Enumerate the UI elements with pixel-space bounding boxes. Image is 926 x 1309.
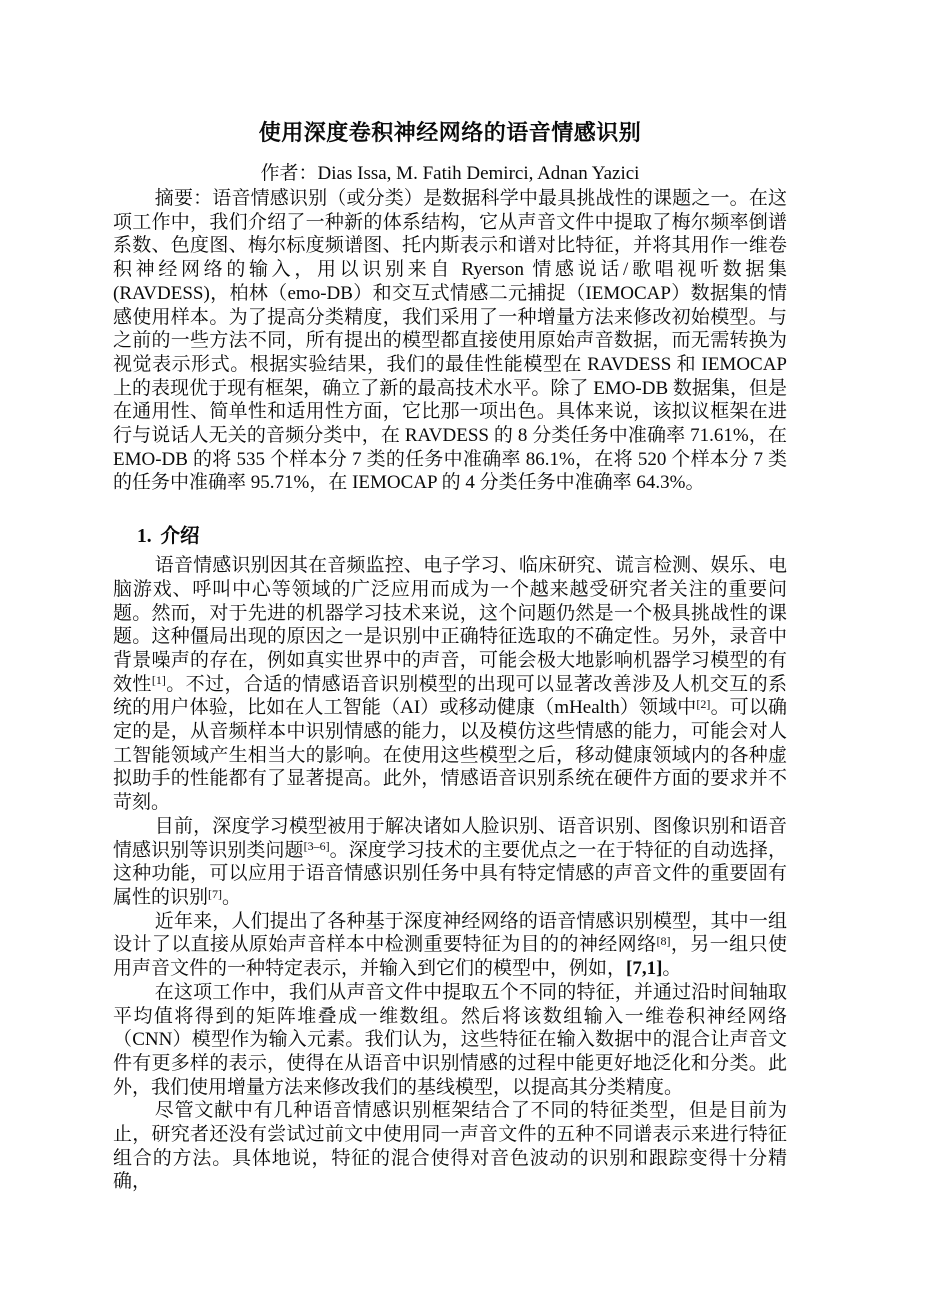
abstract-paragraph: 摘要：语音情感识别（或分类）是数据科学中最具挑战性的课题之一。在这项工作中，我们… (113, 187, 787, 495)
intro-paragraph-3: 近年来，人们提出了各种基于深度神经网络的语音情感识别模型，其中一组设计了以直接从… (113, 910, 787, 981)
intro-paragraph-2: 目前，深度学习模型被用于解决诸如人脸识别、语音识别、图像识别和语音情感识别等识别… (113, 815, 787, 910)
document-page: 使用深度卷积神经网络的语音情感识别 作者：Dias Issa, M. Fatih… (0, 0, 926, 1309)
citation-marker: [7] (208, 887, 222, 901)
text-run: 摘要：语音情感识别（或分类）是数据科学中最具挑战性的课题之一。在这项工作中，我们… (113, 188, 787, 493)
authors-line: 作者：Dias Issa, M. Fatih Demirci, Adnan Ya… (113, 162, 787, 186)
intro-paragraph-4: 在这项工作中，我们从声音文件中提取五个不同的特征，并通过沿时间轴取平均值将得到的… (113, 981, 787, 1100)
citation-marker: [1] (152, 673, 166, 687)
text-run: 在这项工作中，我们从声音文件中提取五个不同的特征，并通过沿时间轴取平均值将得到的… (113, 982, 787, 1098)
intro-paragraph-1: 语音情感识别因其在音频监控、电子学习、临床研究、谎言检测、娱乐、电脑游戏、呼叫中… (113, 554, 787, 815)
citation-bold: [7,1] (626, 958, 662, 979)
paper-title: 使用深度卷积神经网络的语音情感识别 (113, 118, 787, 148)
text-run: 。 (662, 958, 681, 979)
text-run: 尽管文献中有几种语音情感识别框架结合了不同的特征类型，但是目前为止，研究者还没有… (113, 1100, 787, 1192)
text-run: 。 (222, 887, 241, 908)
intro-paragraph-5: 尽管文献中有几种语音情感识别框架结合了不同的特征类型，但是目前为止，研究者还没有… (113, 1099, 787, 1194)
citation-marker: [3–6] (304, 839, 330, 853)
section-heading-introduction: 1. 介绍 (113, 525, 787, 549)
citation-marker: [8] (657, 934, 671, 948)
citation-marker: [2] (696, 697, 710, 711)
text-run: 。不过，合适的情感语音识别模型的出现可以显著改善涉及人机交互的系统的用户体验，比… (113, 674, 787, 719)
